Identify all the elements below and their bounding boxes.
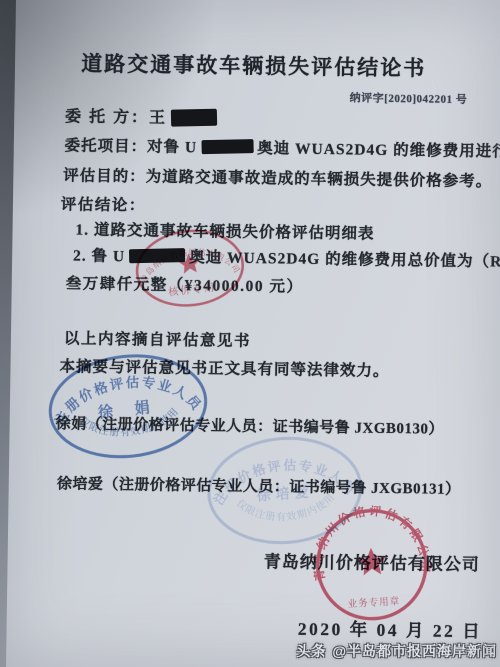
conclusion-item-2: 2. 鲁 U奥迪 WUAS2D4G 的维修费用总价值为（RMB）大写： (73, 244, 500, 273)
conclusion-item-2-after: 奥迪 WUAS2D4G 的维修费用总价值为（RMB）大写： (189, 249, 500, 272)
company-name: 青岛纳川价格评估有限公司 (264, 547, 480, 575)
issue-date: 2020 年 04 月 22 日 (298, 616, 483, 644)
watermark-brand: 头条 (296, 643, 326, 659)
project-label: 委托项目： (64, 137, 147, 155)
signer-line-2: 徐培爱（注册价格评估专业人员：证书编号鲁 JXGB0131） (57, 472, 461, 499)
purpose-label: 评估目的： (63, 167, 146, 185)
redaction-box (171, 109, 217, 127)
redaction-box (201, 139, 253, 154)
news-watermark: 头条@半岛都市报西海岸新闻 (296, 641, 497, 661)
project-line: 委托项目：对鲁 U奥迪 WUAS2D4G 的维修费用进行评估。 (64, 133, 500, 162)
paper-content: 道路交通事故车辆损失评估结论书 纳评字[2020]042201 号 委 托 方：… (0, 0, 500, 667)
client-line: 委 托 方：王 (65, 103, 221, 128)
excerpt-note: 以上内容摘自评估意见书 (64, 326, 251, 351)
document-photo: 道路交通事故车辆损失评估结论书 纳评字[2020]042201 号 委 托 方：… (0, 0, 500, 667)
page-title: 道路交通事故车辆损失评估结论书 (4, 47, 500, 84)
client-name: 王 (149, 110, 167, 127)
redaction-box (129, 248, 185, 263)
conclusion-item-1: 1. 道路交通事故车辆损失价格评估明细表 (75, 218, 374, 244)
doc-serial-number: 纳评字[2020]042201 号 (350, 89, 468, 107)
watermark-handle: @半岛都市报西海岸新闻 (332, 643, 497, 659)
signer-line-1: 徐娟（注册价格评估专业人员：证书编号鲁 JXGB0130） (56, 412, 445, 438)
conclusion-label: 评估结论： (61, 192, 146, 215)
legal-note: 本摘要与评估意见书正文具有同等法律效力。 (59, 354, 389, 381)
conclusion-item-2-before: 2. 鲁 U (73, 248, 125, 266)
project-text-after: 奥迪 WUAS2D4G 的维修费用进行评估。 (257, 140, 500, 161)
amount-line: 叁万肆仟元整（¥34000.00 元） (66, 271, 304, 296)
client-label: 委 托 方： (65, 108, 149, 126)
project-text-before: 对鲁 U (147, 139, 197, 157)
purpose-text: 为道路交通事故造成的车辆损失提供价格参考。 (146, 169, 493, 191)
red-seal-bottom-text: 业务专用章 (347, 595, 400, 610)
purpose-line: 评估目的：为道路交通事故造成的车辆损失提供价格参考。 (63, 163, 492, 191)
